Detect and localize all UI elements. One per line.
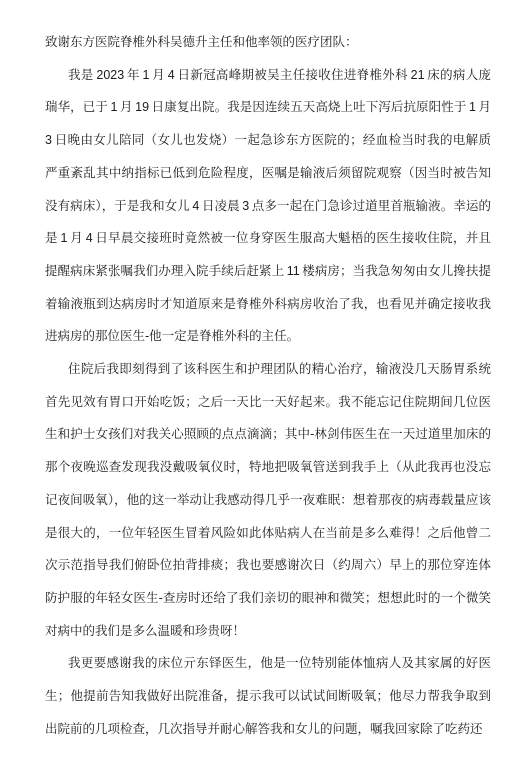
letter-body: 致谢东方医院脊椎外科吴德升主任和他率领的医疗团队： 我是 2023 年 1 月 … [0,0,520,745]
letter-salutation: 致谢东方医院脊椎外科吴德升主任和他率领的医疗团队： [45,26,491,59]
letter-paragraph-1: 我是 2023 年 1 月 4 日新冠高峰期被吴主任接收住进脊椎外科 21 床的… [45,59,491,353]
letter-paragraph-3: 我更要感谢我的床位亓东铎医生，他是一位特别能体恤病人及其家属的好医生；他提前告知… [45,647,491,745]
document-page: 致谢东方医院脊椎外科吴德升主任和他率领的医疗团队： 我是 2023 年 1 月 … [0,0,520,769]
letter-paragraph-2: 住院后我即刻得到了该科医生和护理团队的精心治疗，输液没几天肠胃系统首先见效有胃口… [45,353,491,647]
